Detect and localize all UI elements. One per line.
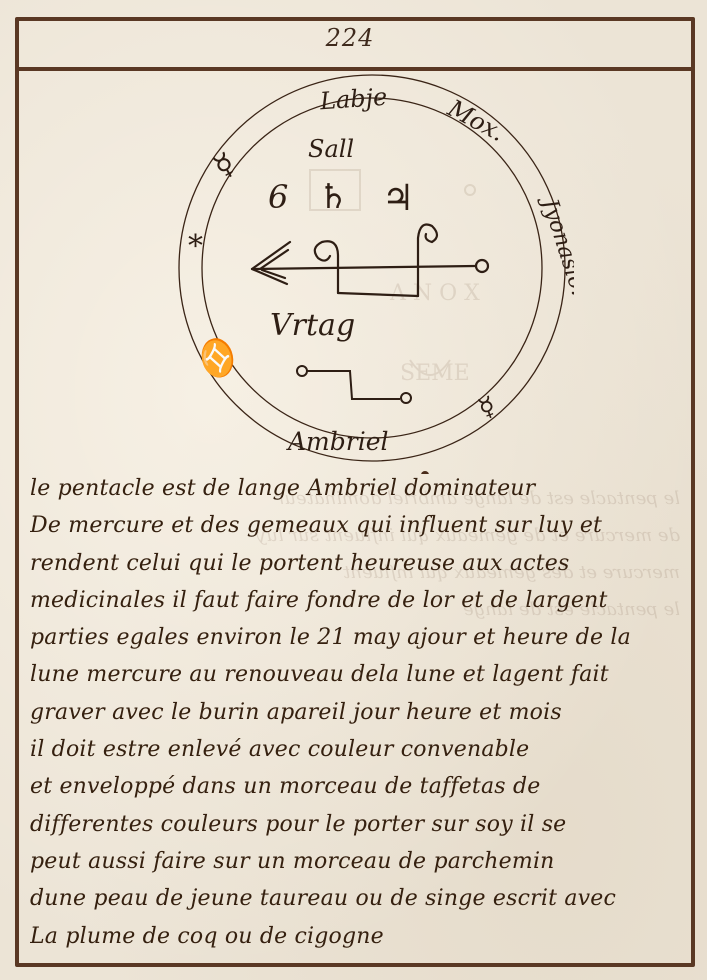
- text-line: La plume de coq ou de cigogne: [30, 918, 690, 955]
- pentacle-diagram: A N O X SEME Labje Mox. Jyonaslo. Ambrie…: [170, 70, 574, 474]
- text-line: rendent celui qui le portent heureuse au…: [30, 545, 690, 582]
- text-line: De mercure et des gemeaux qui influent s…: [30, 507, 690, 544]
- mercury-small-icon: ☿: [474, 391, 499, 425]
- text-line: le pentacle est de lange Ambriel dominat…: [30, 470, 690, 507]
- ring-text-top-right: Mox.: [442, 94, 509, 147]
- text-line: graver avec le burin apareil jour heure …: [30, 694, 690, 731]
- text-line: il doit estre enlevé avec couleur conven…: [30, 731, 690, 768]
- svg-text:A N O X: A N O X: [389, 281, 480, 306]
- text-line: parties egales environ le 21 may ajour e…: [30, 619, 690, 656]
- manuscript-text: le pentacle est de lange Ambriel dominat…: [30, 470, 690, 955]
- pentacle-seal: A N O X SEME Labje Mox. Jyonaslo. Ambrie…: [170, 70, 574, 474]
- page-number: 224: [300, 24, 400, 52]
- gemini-icon: ♊: [190, 328, 245, 386]
- text-line: dune peau de jeune taureau ou de singe e…: [30, 880, 690, 917]
- jupiter-icon: ♃: [382, 178, 414, 219]
- text-line: lune mercure au renouveau dela lune et l…: [30, 656, 690, 693]
- saturn-icon: ♄: [318, 177, 348, 217]
- text-line: medicinales il faut faire fondre de lor …: [30, 582, 690, 619]
- svg-text:SEME: SEME: [400, 361, 470, 386]
- symbol-six: 6: [268, 178, 288, 216]
- ring-text-bottom: Ambriel: [286, 427, 389, 456]
- inner-name-middle: Vrtag: [270, 308, 355, 343]
- inner-name-top: Sall: [308, 135, 354, 163]
- text-line: peut aussi faire sur un morceau de parch…: [30, 843, 690, 880]
- ring-text-top: Labje: [318, 83, 388, 116]
- asterisk-icon: *: [188, 229, 203, 264]
- text-line: et enveloppé dans un morceau de taffetas…: [30, 768, 690, 805]
- text-line: differentes couleurs pour le porter sur …: [30, 806, 690, 843]
- sigil-lower: [297, 366, 411, 403]
